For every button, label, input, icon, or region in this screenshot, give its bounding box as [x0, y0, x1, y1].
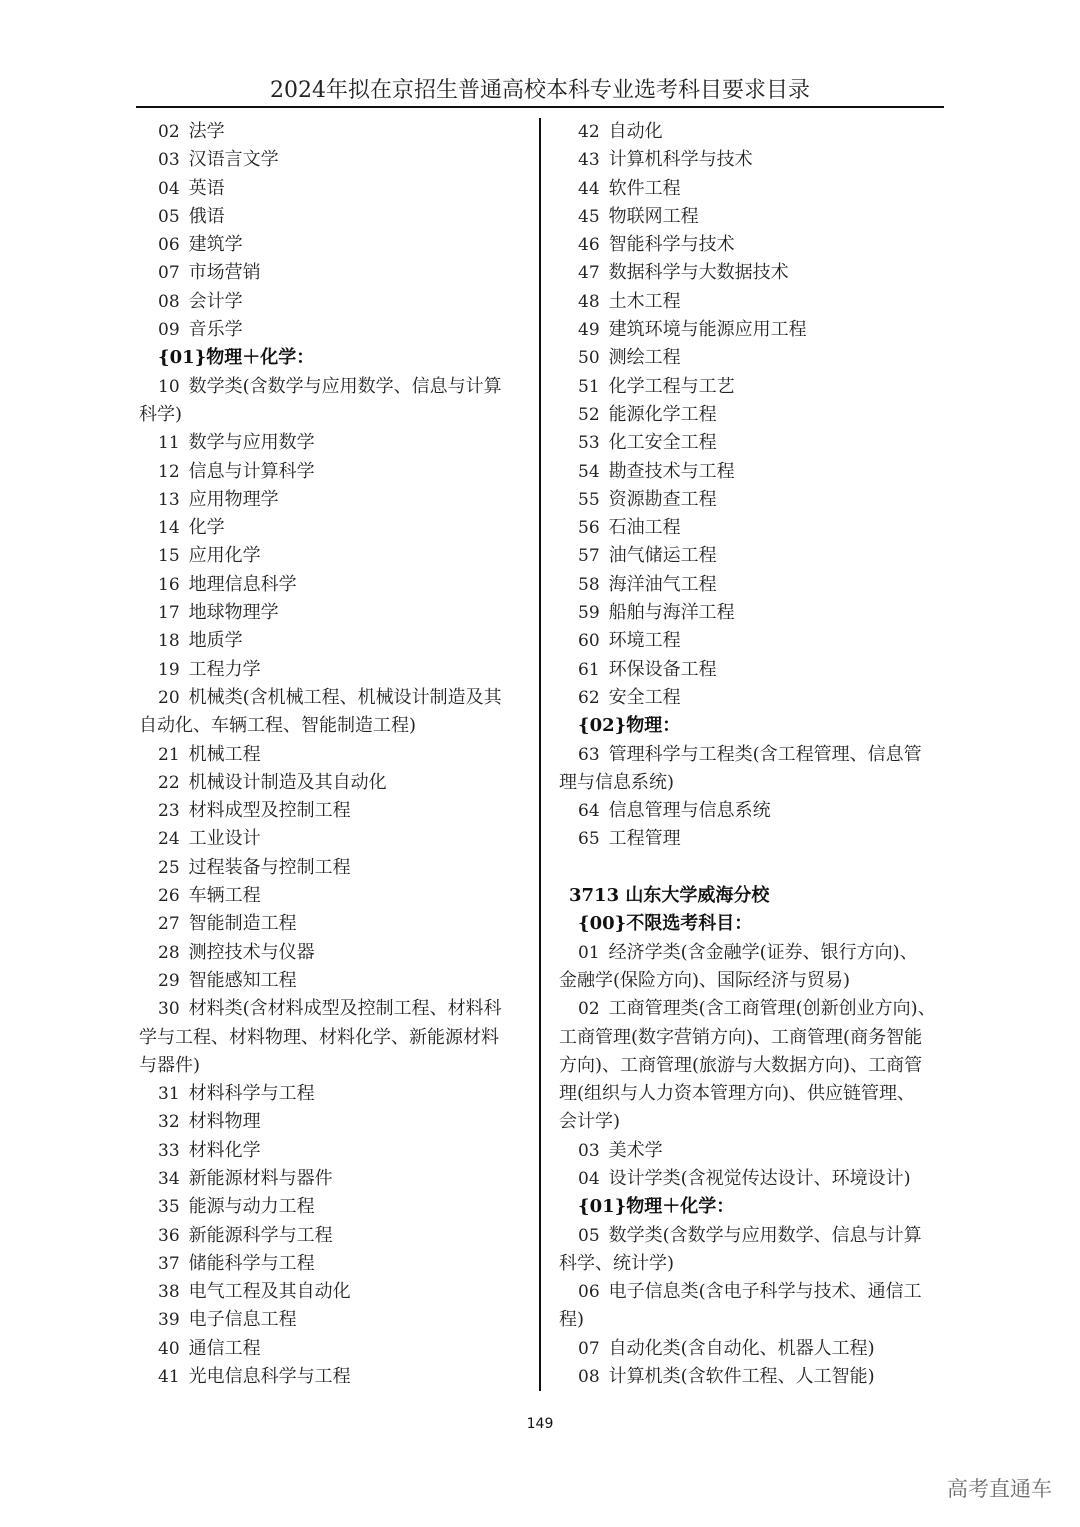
major-name: 计算机科学与技术: [609, 149, 753, 170]
major-code: 01: [559, 939, 600, 967]
major-item: 64信息管理与信息系统: [559, 797, 945, 825]
major-name: 地理信息科学: [189, 574, 297, 595]
major-item: 05俄语: [139, 203, 525, 231]
major-code: 07: [139, 259, 180, 287]
major-name: 电子信息工程: [189, 1309, 297, 1330]
major-item: 59船舶与海洋工程: [559, 599, 945, 627]
major-name: 储能科学与工程: [189, 1253, 315, 1274]
major-name: 应用化学: [189, 545, 261, 566]
major-item: 04设计学类(含视觉传达设计、环境设计): [559, 1165, 945, 1193]
major-code: 17: [139, 599, 180, 627]
major-name: 工商管理类(含工商管理(创新创业方向)、: [609, 998, 936, 1019]
major-item: 21机械工程: [139, 741, 525, 769]
major-item: 29智能感知工程: [139, 967, 525, 995]
major-item: 25过程装备与控制工程: [139, 854, 525, 882]
major-name: 环境工程: [609, 630, 681, 651]
major-name: 光电信息科学与工程: [189, 1366, 351, 1387]
column-divider: [539, 118, 541, 1391]
major-item-continuation: 学与工程、材料物理、材料化学、新能源材料: [139, 1024, 525, 1052]
major-code: 04: [139, 175, 180, 203]
major-name: 海洋油气工程: [609, 574, 717, 595]
major-name: 机械工程: [189, 744, 261, 765]
major-name: 材料成型及控制工程: [189, 800, 351, 821]
major-code: 64: [559, 797, 600, 825]
major-code: 42: [559, 118, 600, 146]
major-code: 11: [139, 429, 180, 457]
major-name: 机械类(含机械工程、机械设计制造及其: [189, 687, 502, 708]
major-name: 建筑环境与能源应用工程: [609, 319, 807, 340]
major-name: 测绘工程: [609, 347, 681, 368]
major-item-continuation: 方向)、工商管理(旅游与大数据方向)、工商管: [559, 1052, 945, 1080]
major-item: 36新能源科学与工程: [139, 1222, 525, 1250]
major-item: 56石油工程: [559, 514, 945, 542]
major-item: 32材料物理: [139, 1108, 525, 1136]
major-name: 电气工程及其自动化: [189, 1281, 351, 1302]
major-name: 信息管理与信息系统: [609, 800, 771, 821]
major-code: 43: [559, 146, 600, 174]
major-name: 经济学类(含金融学(证券、银行方向)、: [609, 942, 918, 963]
major-code: 20: [139, 684, 180, 712]
major-name: 软件工程: [609, 178, 681, 199]
major-name: 资源勘查工程: [609, 489, 717, 510]
major-code: 46: [559, 231, 600, 259]
major-name: 地质学: [189, 630, 243, 651]
major-item: 55资源勘查工程: [559, 486, 945, 514]
major-item: 47数据科学与大数据技术: [559, 259, 945, 287]
major-code: 06: [559, 1278, 600, 1306]
major-name: 材料物理: [189, 1111, 261, 1132]
major-code: 31: [139, 1080, 180, 1108]
major-item: 58海洋油气工程: [559, 571, 945, 599]
major-item: 05数学类(含数学与应用数学、信息与计算: [559, 1222, 945, 1250]
major-code: 21: [139, 741, 180, 769]
major-code: 50: [559, 344, 600, 372]
major-item: 04英语: [139, 175, 525, 203]
major-name: 自动化类(含自动化、机器人工程): [609, 1338, 875, 1359]
subject-requirement-heading: {02}物理：: [559, 712, 945, 740]
major-code: 24: [139, 825, 180, 853]
major-item-continuation: 与器件): [139, 1052, 525, 1080]
major-name: 管理科学与工程类(含工程管理、信息管: [609, 744, 922, 765]
major-name: 化学工程与工艺: [609, 376, 735, 397]
major-item-continuation: 科学、统计学): [559, 1250, 945, 1278]
major-item: 61环保设备工程: [559, 656, 945, 684]
major-item: 52能源化学工程: [559, 401, 945, 429]
major-name: 美术学: [609, 1140, 663, 1161]
watermark: 高考直通车: [947, 1473, 1052, 1503]
major-code: 54: [559, 458, 600, 486]
major-item: 41光电信息科学与工程: [139, 1363, 525, 1391]
major-item: 33材料化学: [139, 1137, 525, 1165]
major-code: 15: [139, 542, 180, 570]
major-code: 26: [139, 882, 180, 910]
major-name: 勘查技术与工程: [609, 461, 735, 482]
major-item: 16地理信息科学: [139, 571, 525, 599]
major-item: 27智能制造工程: [139, 910, 525, 938]
major-item: 65工程管理: [559, 825, 945, 853]
major-code: 53: [559, 429, 600, 457]
major-code: 19: [139, 656, 180, 684]
major-item: 40通信工程: [139, 1335, 525, 1363]
major-code: 51: [559, 373, 600, 401]
major-item: 60环境工程: [559, 627, 945, 655]
major-item: 43计算机科学与技术: [559, 146, 945, 174]
major-item-continuation: 理与信息系统): [559, 769, 945, 797]
major-name: 油气储运工程: [609, 545, 717, 566]
major-item: 01经济学类(含金融学(证券、银行方向)、: [559, 939, 945, 967]
major-item: 06电子信息类(含电子科学与技术、通信工: [559, 1278, 945, 1306]
major-name: 地球物理学: [189, 602, 279, 623]
page-number: 149: [0, 1416, 1080, 1432]
major-name: 数学与应用数学: [189, 432, 315, 453]
major-name: 信息与计算科学: [189, 461, 315, 482]
major-name: 工程力学: [189, 659, 261, 680]
major-item: 07自动化类(含自动化、机器人工程): [559, 1335, 945, 1363]
major-item: 39电子信息工程: [139, 1306, 525, 1334]
major-item: 14化学: [139, 514, 525, 542]
major-item: 28测控技术与仪器: [139, 939, 525, 967]
major-item: 51化学工程与工艺: [559, 373, 945, 401]
major-code: 57: [559, 542, 600, 570]
major-item: 02工商管理类(含工商管理(创新创业方向)、: [559, 995, 945, 1023]
major-name: 化工安全工程: [609, 432, 717, 453]
major-name: 计算机类(含软件工程、人工智能): [609, 1366, 875, 1387]
major-code: 04: [559, 1165, 600, 1193]
major-code: 63: [559, 741, 600, 769]
major-item: 62安全工程: [559, 684, 945, 712]
major-item: 23材料成型及控制工程: [139, 797, 525, 825]
major-item: 20机械类(含机械工程、机械设计制造及其: [139, 684, 525, 712]
major-code: 41: [139, 1363, 180, 1391]
major-item: 15应用化学: [139, 542, 525, 570]
major-name: 测控技术与仪器: [189, 942, 315, 963]
major-name: 建筑学: [189, 234, 243, 255]
major-name: 市场营销: [189, 262, 261, 283]
major-item: 54勘查技术与工程: [559, 458, 945, 486]
major-item: 17地球物理学: [139, 599, 525, 627]
major-code: 06: [139, 231, 180, 259]
major-item-continuation: 金融学(保险方向)、国际经济与贸易): [559, 967, 945, 995]
major-code: 33: [139, 1137, 180, 1165]
major-item: 42自动化: [559, 118, 945, 146]
major-item: 48土木工程: [559, 288, 945, 316]
major-code: 44: [559, 175, 600, 203]
major-code: 22: [139, 769, 180, 797]
major-code: 07: [559, 1335, 600, 1363]
subject-requirement-heading: {00}不限选考科目：: [559, 910, 945, 938]
major-name: 安全工程: [609, 687, 681, 708]
major-item-continuation: 理(组织与人力资本管理方向)、供应链管理、: [559, 1080, 945, 1108]
major-code: 02: [559, 995, 600, 1023]
major-code: 27: [139, 910, 180, 938]
major-name: 石油工程: [609, 517, 681, 538]
major-item-continuation: 科学): [139, 401, 525, 429]
major-item-continuation: 工商管理(数字营销方向)、工商管理(商务智能: [559, 1024, 945, 1052]
major-name: 工业设计: [189, 828, 261, 849]
header-rule: [136, 106, 944, 108]
major-item: 57油气储运工程: [559, 542, 945, 570]
major-item: 53化工安全工程: [559, 429, 945, 457]
major-code: 10: [139, 373, 180, 401]
major-code: 59: [559, 599, 600, 627]
major-item: 24工业设计: [139, 825, 525, 853]
major-code: 13: [139, 486, 180, 514]
major-name: 英语: [189, 178, 225, 199]
major-item: 18地质学: [139, 627, 525, 655]
major-code: 30: [139, 995, 180, 1023]
major-item: 26车辆工程: [139, 882, 525, 910]
major-item: 46智能科学与技术: [559, 231, 945, 259]
major-code: 60: [559, 627, 600, 655]
major-name: 通信工程: [189, 1338, 261, 1359]
major-item: 35能源与动力工程: [139, 1193, 525, 1221]
major-item: 31材料科学与工程: [139, 1080, 525, 1108]
major-name: 车辆工程: [189, 885, 261, 906]
major-code: 49: [559, 316, 600, 344]
right-column: 42自动化43计算机科学与技术44软件工程45物联网工程46智能科学与技术47数…: [559, 118, 945, 1391]
major-code: 18: [139, 627, 180, 655]
major-name: 智能科学与技术: [609, 234, 735, 255]
major-code: 23: [139, 797, 180, 825]
major-item: 12信息与计算科学: [139, 458, 525, 486]
major-item: 06建筑学: [139, 231, 525, 259]
major-code: 62: [559, 684, 600, 712]
major-name: 设计学类(含视觉传达设计、环境设计): [609, 1168, 911, 1189]
major-item: 07市场营销: [139, 259, 525, 287]
major-code: 58: [559, 571, 600, 599]
major-item-continuation: 程): [559, 1306, 945, 1334]
major-name: 智能制造工程: [189, 913, 297, 934]
major-item: 11数学与应用数学: [139, 429, 525, 457]
major-name: 俄语: [189, 206, 225, 227]
major-name: 材料化学: [189, 1140, 261, 1161]
major-name: 环保设备工程: [609, 659, 717, 680]
major-code: 48: [559, 288, 600, 316]
major-item: 10数学类(含数学与应用数学、信息与计算: [139, 373, 525, 401]
major-item-continuation: 自动化、车辆工程、智能制造工程): [139, 712, 525, 740]
major-item: 50测绘工程: [559, 344, 945, 372]
major-name: 机械设计制造及其自动化: [189, 772, 387, 793]
major-code: 08: [139, 288, 180, 316]
major-code: 16: [139, 571, 180, 599]
major-item: 44软件工程: [559, 175, 945, 203]
major-name: 新能源材料与器件: [189, 1168, 333, 1189]
major-item: 37储能科学与工程: [139, 1250, 525, 1278]
major-code: 09: [139, 316, 180, 344]
major-item: 34新能源材料与器件: [139, 1165, 525, 1193]
major-code: 39: [139, 1306, 180, 1334]
major-code: 52: [559, 401, 600, 429]
major-code: 08: [559, 1363, 600, 1391]
major-item: 03美术学: [559, 1137, 945, 1165]
major-code: 02: [139, 118, 180, 146]
major-item: 38电气工程及其自动化: [139, 1278, 525, 1306]
major-item: 63管理科学与工程类(含工程管理、信息管: [559, 741, 945, 769]
major-code: 40: [139, 1335, 180, 1363]
subject-requirement-heading: {01}物理＋化学：: [139, 344, 525, 372]
major-item-continuation: 会计学): [559, 1108, 945, 1136]
major-code: 05: [139, 203, 180, 231]
major-name: 应用物理学: [189, 489, 279, 510]
major-code: 38: [139, 1278, 180, 1306]
major-name: 智能感知工程: [189, 970, 297, 991]
major-name: 数据科学与大数据技术: [609, 262, 789, 283]
major-item: 45物联网工程: [559, 203, 945, 231]
major-name: 土木工程: [609, 291, 681, 312]
major-name: 法学: [189, 121, 225, 142]
major-code: 25: [139, 854, 180, 882]
major-code: 12: [139, 458, 180, 486]
spacer: [559, 854, 945, 882]
major-code: 32: [139, 1108, 180, 1136]
major-code: 36: [139, 1222, 180, 1250]
major-code: 34: [139, 1165, 180, 1193]
major-code: 28: [139, 939, 180, 967]
major-name: 材料类(含材料成型及控制工程、材料科: [189, 998, 502, 1019]
major-code: 37: [139, 1250, 180, 1278]
major-name: 材料科学与工程: [189, 1083, 315, 1104]
major-code: 56: [559, 514, 600, 542]
major-item: 22机械设计制造及其自动化: [139, 769, 525, 797]
major-item: 49建筑环境与能源应用工程: [559, 316, 945, 344]
major-name: 过程装备与控制工程: [189, 857, 351, 878]
major-item: 09音乐学: [139, 316, 525, 344]
major-code: 55: [559, 486, 600, 514]
major-name: 物联网工程: [609, 206, 699, 227]
page-title: 2024年拟在京招生普通高校本科专业选考科目要求目录: [136, 76, 944, 106]
major-code: 29: [139, 967, 180, 995]
major-name: 化学: [189, 517, 225, 538]
major-item: 30材料类(含材料成型及控制工程、材料科: [139, 995, 525, 1023]
major-item: 13应用物理学: [139, 486, 525, 514]
school-heading: 3713 山东大学威海分校: [559, 882, 945, 910]
major-name: 音乐学: [189, 319, 243, 340]
major-code: 65: [559, 825, 600, 853]
major-name: 能源与动力工程: [189, 1196, 315, 1217]
major-name: 数学类(含数学与应用数学、信息与计算: [609, 1225, 922, 1246]
major-item: 02法学: [139, 118, 525, 146]
major-item: 19工程力学: [139, 656, 525, 684]
major-name: 自动化: [609, 121, 663, 142]
major-name: 能源化学工程: [609, 404, 717, 425]
subject-requirement-heading: {01}物理＋化学：: [559, 1193, 945, 1221]
major-code: 14: [139, 514, 180, 542]
major-code: 03: [559, 1137, 600, 1165]
major-name: 数学类(含数学与应用数学、信息与计算: [189, 376, 502, 397]
major-name: 会计学: [189, 291, 243, 312]
major-item: 08会计学: [139, 288, 525, 316]
major-code: 45: [559, 203, 600, 231]
major-item: 03汉语言文学: [139, 146, 525, 174]
major-code: 03: [139, 146, 180, 174]
major-code: 61: [559, 656, 600, 684]
major-code: 05: [559, 1222, 600, 1250]
major-name: 汉语言文学: [189, 149, 279, 170]
major-name: 工程管理: [609, 828, 681, 849]
left-column: 02法学03汉语言文学04英语05俄语06建筑学07市场营销08会计学09音乐学…: [139, 118, 525, 1391]
major-name: 新能源科学与工程: [189, 1225, 333, 1246]
major-item: 08计算机类(含软件工程、人工智能): [559, 1363, 945, 1391]
major-code: 47: [559, 259, 600, 287]
major-name: 电子信息类(含电子科学与技术、通信工: [609, 1281, 922, 1302]
major-name: 船舶与海洋工程: [609, 602, 735, 623]
major-code: 35: [139, 1193, 180, 1221]
